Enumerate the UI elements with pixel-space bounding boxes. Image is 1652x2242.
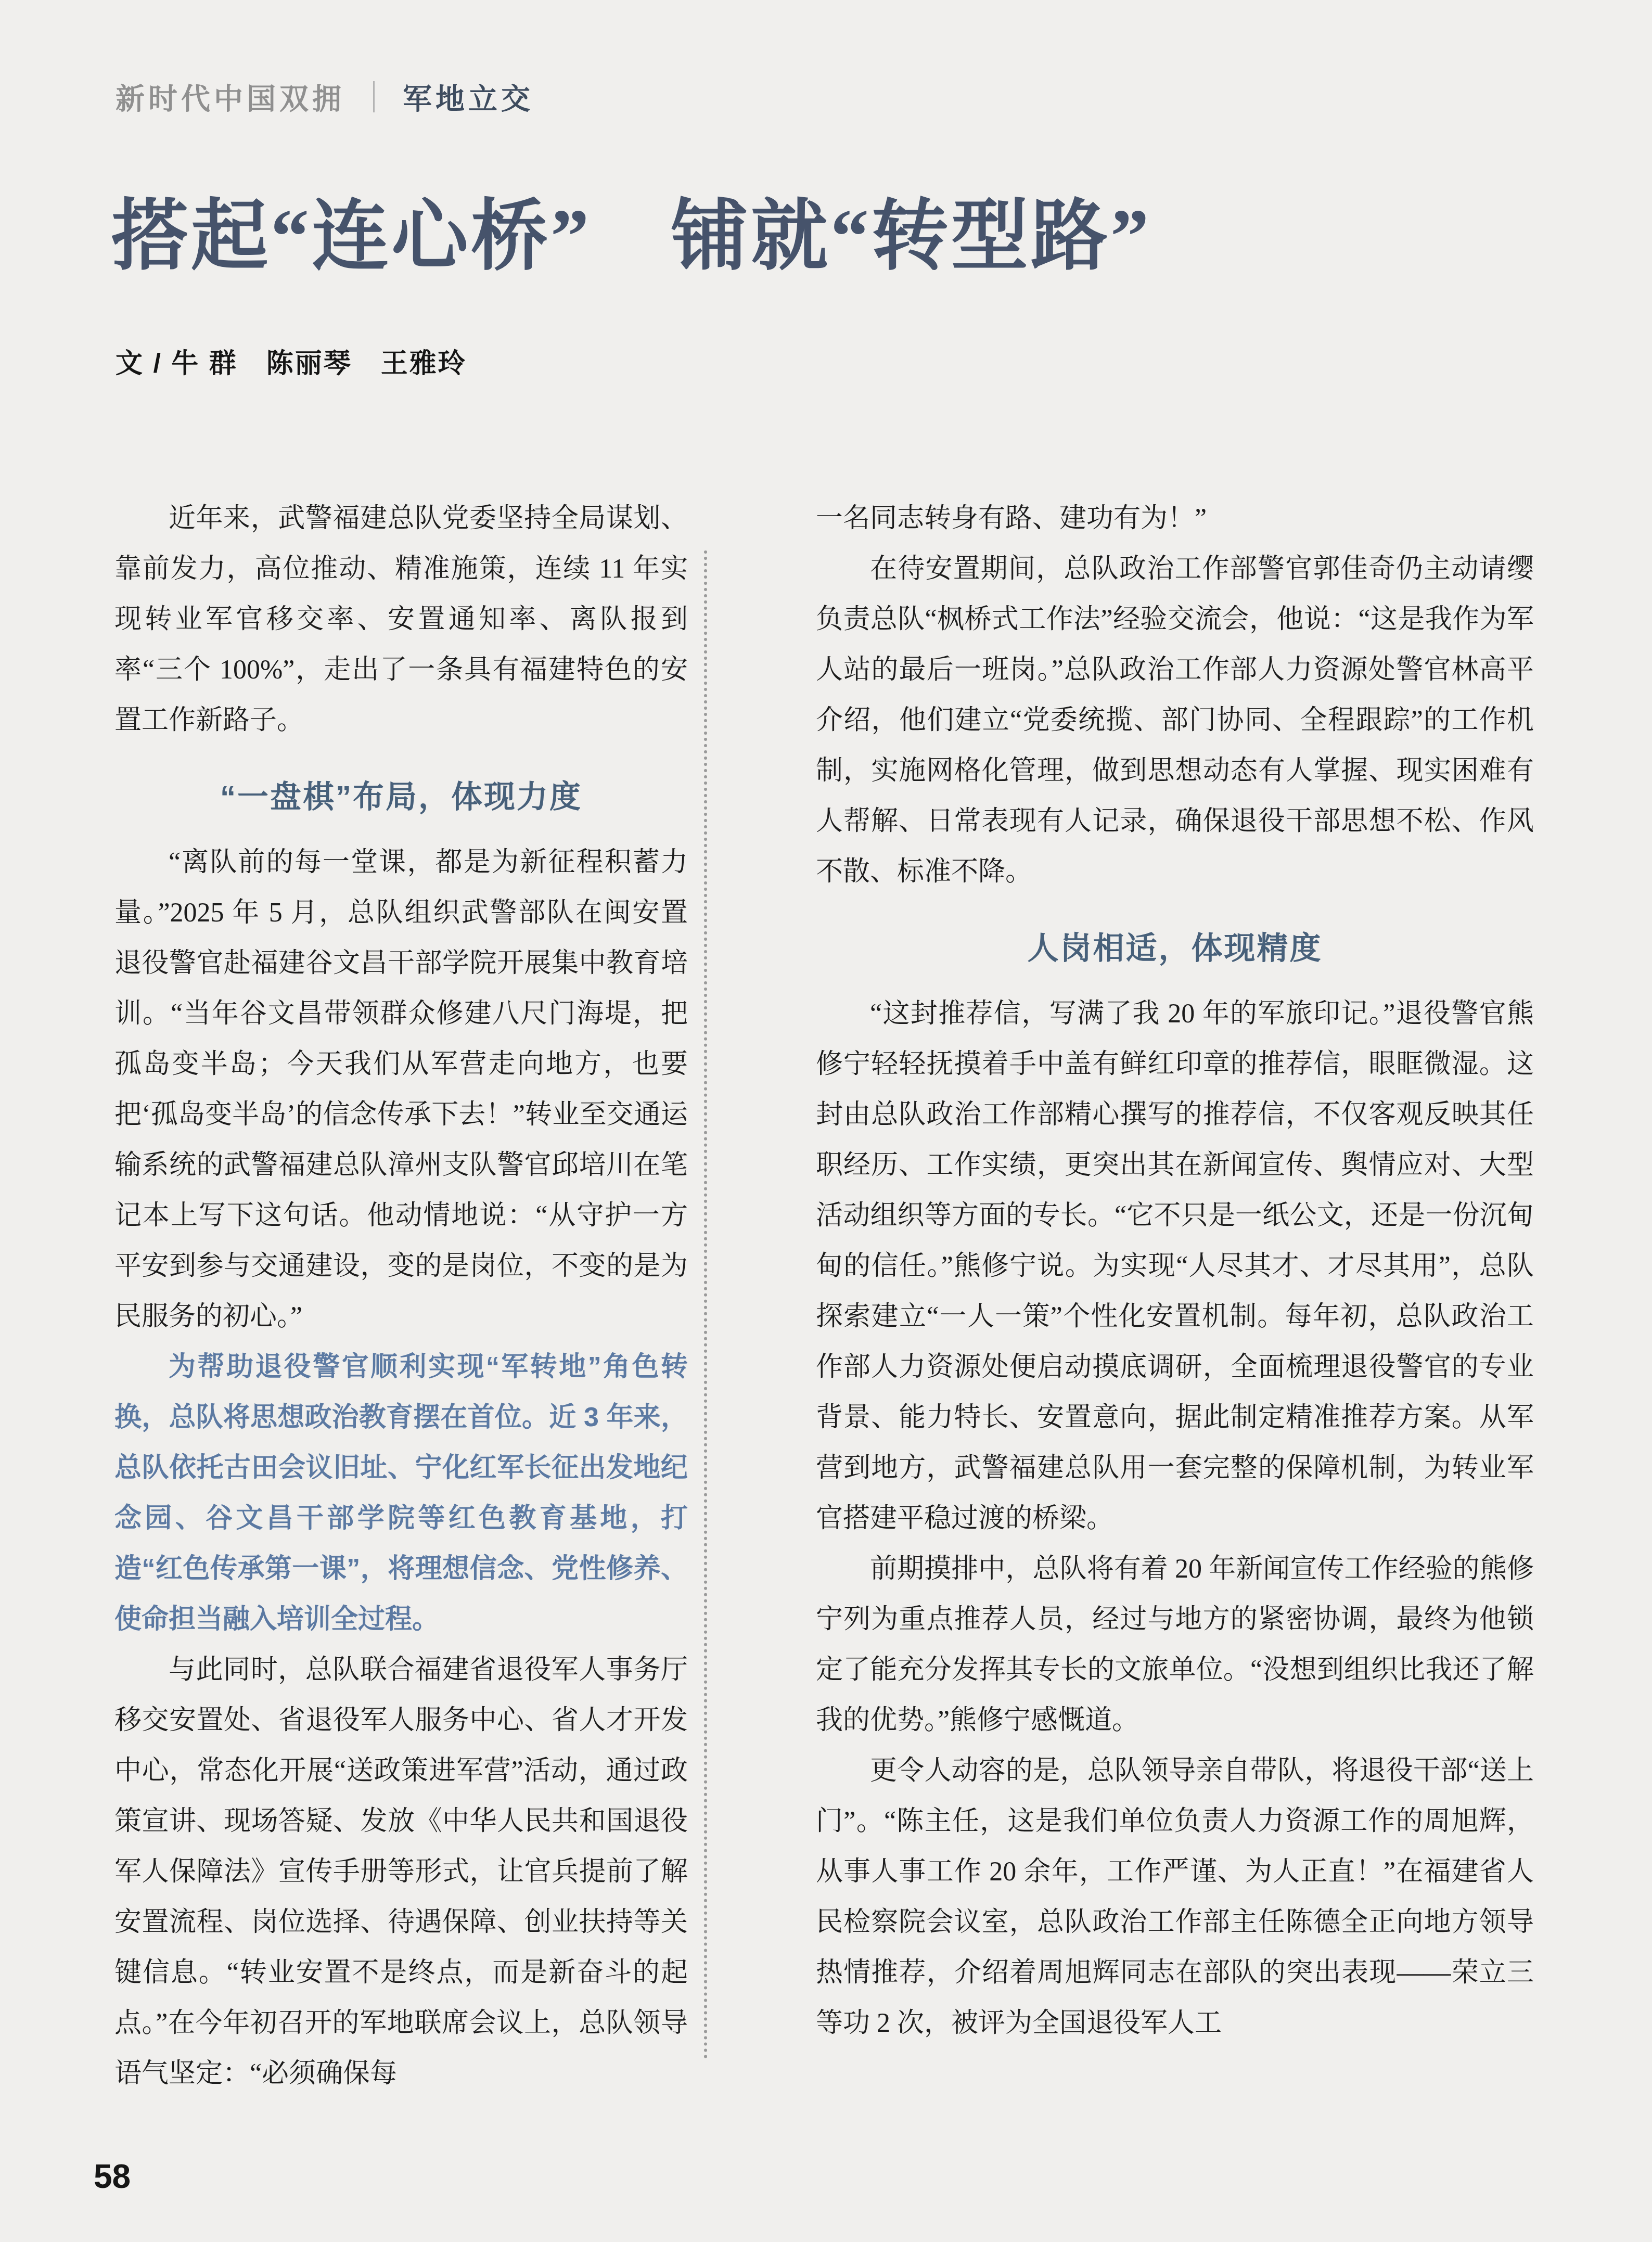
highlight-paragraph: 为帮助退役警官顺利实现“军转地”角色转换，总队将思想政治教育摆在首位。近 3 年… bbox=[114, 1342, 688, 1645]
page-number: 58 bbox=[94, 2157, 131, 2196]
paragraph: 与此同时，总队联合福建省退役军人事务厅移交安置处、省退役军人服务中心、省人才开发… bbox=[114, 1645, 688, 2099]
section-heading-1: “一盘棋”布局，体现力度 bbox=[114, 776, 688, 818]
article-byline: 文 / 牛 群 陈丽琴 王雅玲 bbox=[116, 341, 467, 380]
paragraph: 一名同志转身有路、建功有为！” bbox=[816, 493, 1534, 544]
section-heading-2: 人岗相适，体现精度 bbox=[816, 927, 1534, 970]
paragraph: “离队前的每一堂课，都是为新征程积蓄力量。”2025 年 5 月，总队组织武警部… bbox=[114, 837, 688, 1342]
paragraph: “这封推荐信，写满了我 20 年的军旅印记。”退役警官熊修宁轻轻抚摸着手中盖有鲜… bbox=[816, 989, 1534, 1544]
column-left: 近年来，武警福建总队党委坚持全局谋划、靠前发力，高位推动、精准施策，连续 11 … bbox=[114, 493, 688, 2099]
paragraph: 前期摸排中，总队将有着 20 年新闻宣传工作经验的熊修宁列为重点推荐人员，经过与… bbox=[816, 1544, 1534, 1746]
paragraph: 近年来，武警福建总队党委坚持全局谋划、靠前发力，高位推动、精准施策，连续 11 … bbox=[114, 493, 688, 746]
magazine-page: 新时代中国双拥 军地立交 搭起“连心桥” 铺就“转型路” 文 / 牛 群 陈丽琴… bbox=[0, 0, 1652, 2242]
header-divider bbox=[373, 81, 375, 112]
column-divider-dotted-line bbox=[704, 550, 707, 2059]
header-section-label: 新时代中国双拥 bbox=[116, 76, 345, 118]
header-topic-label: 军地立交 bbox=[403, 76, 534, 118]
page-header: 新时代中国双拥 军地立交 bbox=[116, 76, 534, 118]
article-title: 搭起“连心桥” 铺就“转型路” bbox=[111, 187, 1464, 286]
paragraph: 更令人动容的是，总队领导亲自带队，将退役干部“送上门”。“陈主任，这是我们单位负… bbox=[816, 1746, 1534, 2048]
column-right: 一名同志转身有路、建功有为！” 在待安置期间，总队政治工作部警官郭佳奇仍主动请缨… bbox=[816, 493, 1534, 2048]
paragraph: 在待安置期间，总队政治工作部警官郭佳奇仍主动请缨负责总队“枫桥式工作法”经验交流… bbox=[816, 544, 1534, 897]
